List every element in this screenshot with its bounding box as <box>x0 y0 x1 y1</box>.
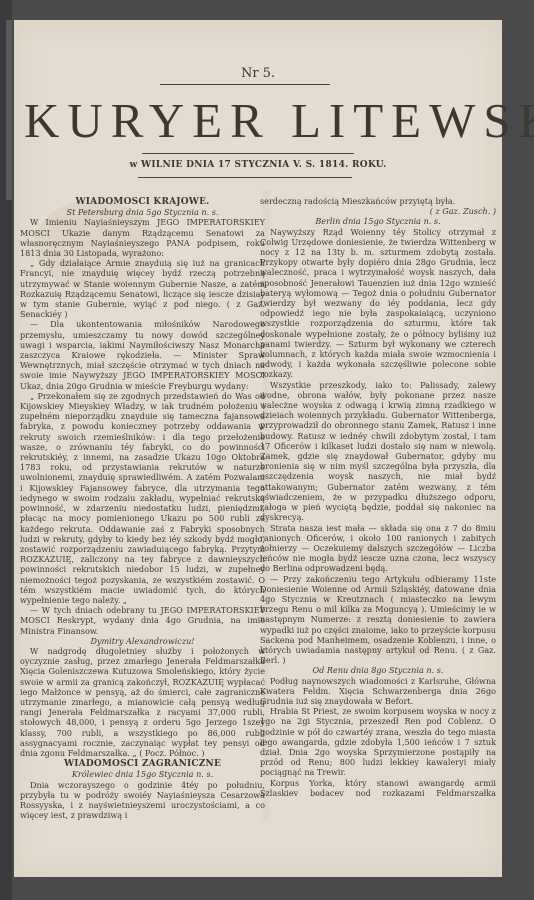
issue-number: Nr 5. <box>14 66 502 81</box>
rescript-addressee: Dymitry Alexandrowiczu! <box>20 636 265 646</box>
scanner-edge-inner <box>6 20 12 200</box>
scanner-edge <box>0 0 12 900</box>
article-paragraph: — Przy zakończeniu tego Artykułu odbiera… <box>260 574 496 666</box>
newspaper-page: Nr 5. KURYER LITEWSKI w WILNIE DNIA 17 S… <box>14 20 502 877</box>
article-paragraph: Hrabia St Priest, ze swoim korpusem woys… <box>260 706 496 777</box>
divider-rule <box>142 153 354 154</box>
right-column: serdeczną radością Mieszkańców przyiętą … <box>260 196 496 796</box>
article-paragraph: Wszystkie przeszkody, iako to: Palissady… <box>260 380 496 523</box>
article-dateline: Od Renu dnia 8go Stycznia n. s. <box>260 665 496 675</box>
article-paragraph: „ Gdy działaiące Armie znayduią się iuż … <box>20 258 265 319</box>
article-source: ( z Gaz. Zusch. ) <box>260 206 496 216</box>
article-paragraph: „ Przekonałem się ze zgodnych przedstawi… <box>20 391 265 605</box>
section-title-domestic: WIADOMOSCI KRAJOWE. <box>20 197 265 207</box>
article-paragraph: Korpus Yorka, który stanowi awangardę ar… <box>260 778 496 796</box>
article-paragraph: W Imieniu Nayiaśnieyszym JEGO IMPERATORS… <box>20 217 265 258</box>
divider-rule <box>138 177 352 178</box>
article-paragraph: Podług naynowszych wiadomości z Karlsruh… <box>260 676 496 707</box>
article-paragraph: Dnia wczorayszego o godzinie 4téy po poł… <box>20 780 265 821</box>
left-column: WIADOMOSCI KRAJOWE. St Petersburg dnia 5… <box>20 196 265 836</box>
article-paragraph: — Dla ukontentowania miłośników Narodowe… <box>20 319 265 390</box>
article-paragraph: serdeczną radością Mieszkańców przyiętą … <box>260 196 496 206</box>
article-dateline: St Petersburg dnia 5go Stycznia n. s. <box>20 207 265 217</box>
article-dateline: Berlin dnia 15go Stycznia n. s. <box>260 216 496 226</box>
article-paragraph: Strata nasza iest mała — składa się ona … <box>260 523 496 574</box>
article-dateline: Królewiec dnia 15go Stycznia n. s. <box>20 769 265 779</box>
article-paragraph: — W tych dniach odebrany tu JEGO IMPERAT… <box>20 605 265 636</box>
article-paragraph: Naywyższy Rząd Woienny téy Stolicy otrzy… <box>260 227 496 380</box>
newspaper-title: KURYER LITEWSKI <box>24 92 474 149</box>
issue-dateline: w WILNIE DNIA 17 STYCZNIA V. S. 1814. RO… <box>14 160 502 170</box>
divider-rule <box>160 84 330 85</box>
section-title-foreign: WIADOMOSCI ZAGRANICZNE <box>20 759 265 769</box>
article-paragraph: W nadgrodę długoletniey służby i położon… <box>20 646 265 758</box>
